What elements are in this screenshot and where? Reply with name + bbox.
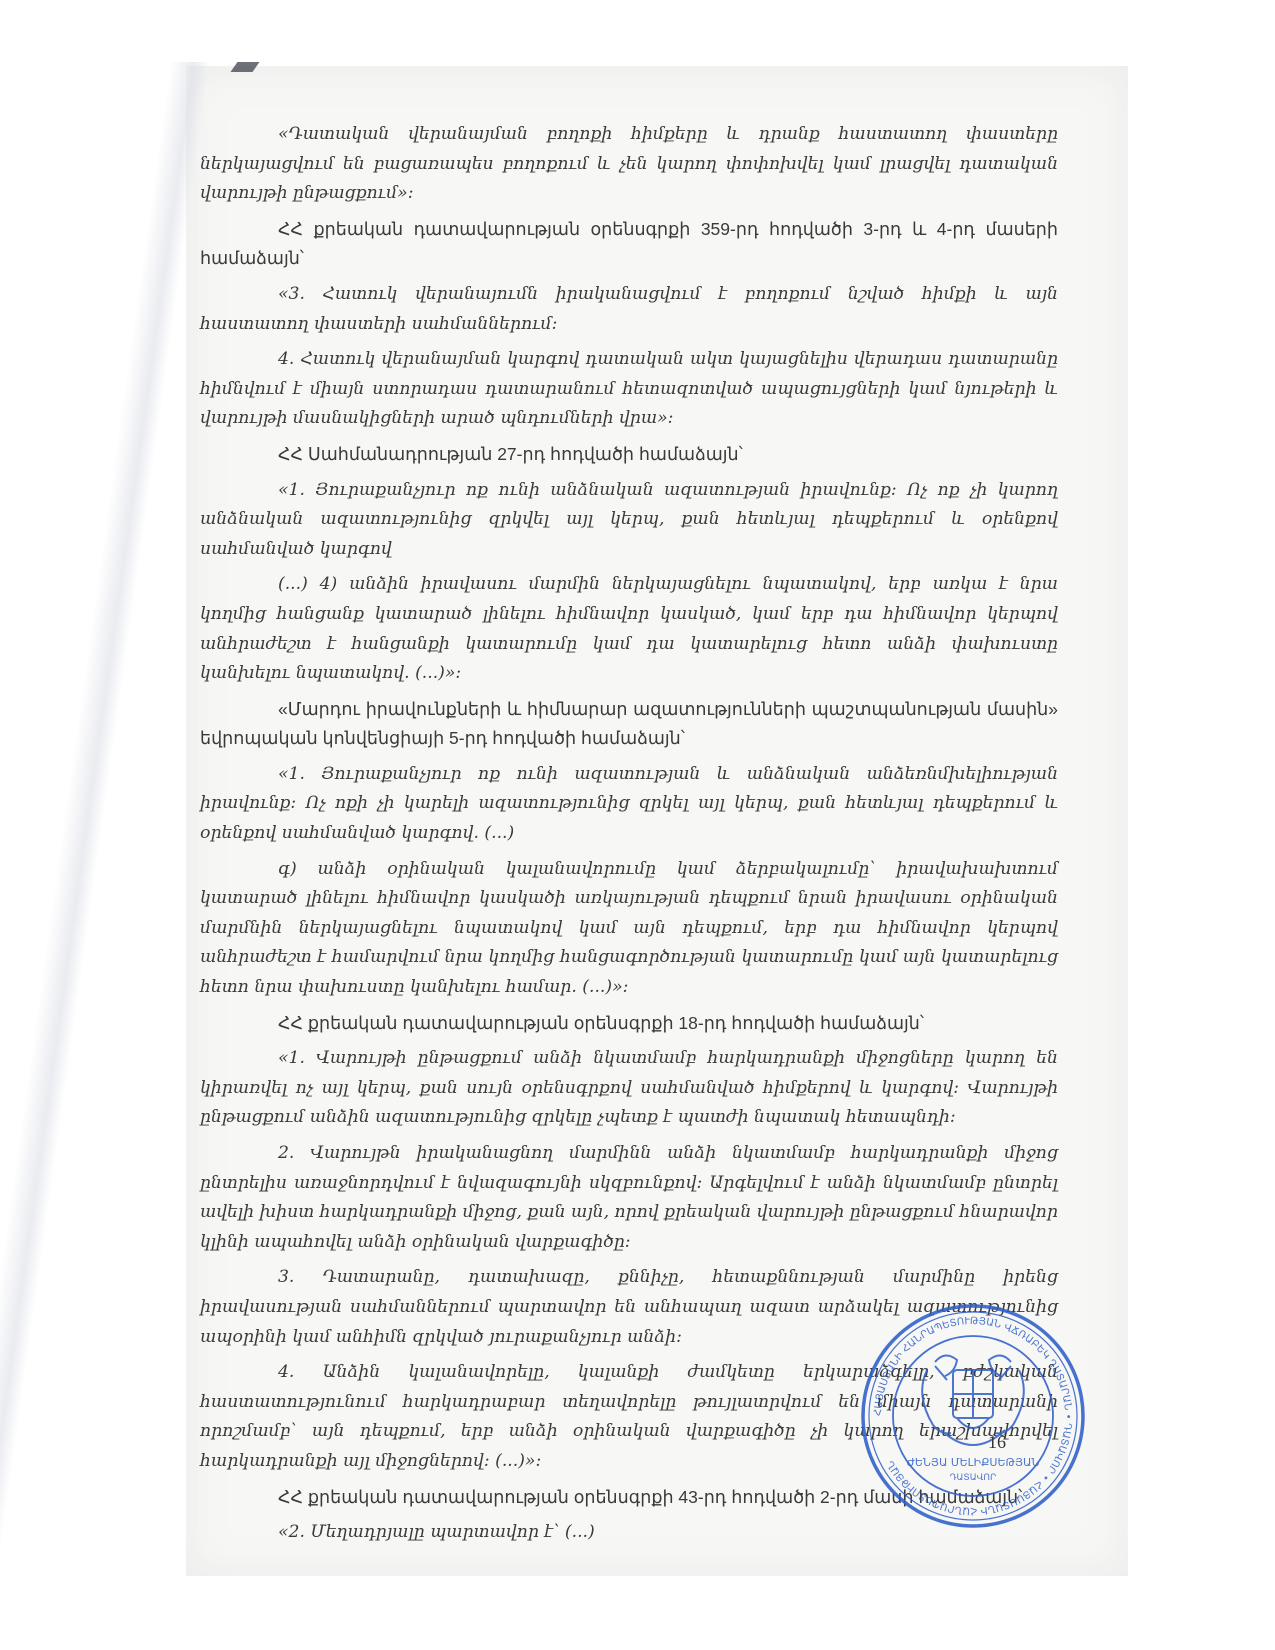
quoted-legal-text: (...) 4) անձին իրավասու մարմին ներկայացն… (200, 570, 1058, 688)
legal-reference-paragraph: ՀՀ Սահմանադրության 27-րդ հոդվածի համաձայ… (200, 440, 1058, 470)
page-fold-shadow (0, 62, 210, 1577)
page-number: 16 (988, 1432, 1006, 1453)
legal-reference-paragraph: «Մարդու իրավունքների և հիմնարար ազատությ… (200, 695, 1058, 754)
quoted-legal-text: գ) անձի օրինական կալանավորումը կամ ձերբա… (200, 855, 1058, 1003)
quoted-legal-text: «1. Յուրաքանչյուր ոք ունի անձնական ազատո… (200, 476, 1058, 565)
quoted-legal-text: «Դատական վերանայման բողոքի հիմքերը և դրա… (200, 120, 1058, 209)
official-stamp: ՀԱՅԱՍՏԱՆԻ ՀԱՆՐԱՊԵՏՈՒԹՅԱՆ ՎՃՌԱԲԵԿ ԴԱՏԱՐԱՆ… (857, 1300, 1089, 1532)
quoted-legal-text: «3. Հատուկ վերանայումն իրականացվում է բո… (200, 280, 1058, 339)
quoted-legal-text: 4. Հատուկ վերանայման կարգով դատական ակտ … (200, 345, 1058, 434)
quoted-legal-text: 2. Վարույթն իրականացնող մարմինն անձի նկա… (200, 1139, 1058, 1257)
legal-reference-paragraph: ՀՀ քրեական դատավարության օրենսգրքի 18-րդ… (200, 1009, 1058, 1039)
quoted-legal-text: «1. Վարույթի ընթացքում անձի նկատմամբ հար… (200, 1044, 1058, 1133)
svg-text:ԺԵՆՅԱ ՄԵԼԻՔՍԵԹՅԱՆ: ԺԵՆՅԱ ՄԵԼԻՔՍԵԹՅԱՆ (907, 1456, 1040, 1469)
svg-text:ԴԱՏԱՎՈՐ: ԴԱՏԱՎՈՐ (950, 1473, 997, 1483)
coat-of-arms-icon (922, 1355, 1024, 1445)
legal-reference-paragraph: ՀՀ քրեական դատավարության օրենսգրքի 359-ր… (200, 215, 1058, 274)
quoted-legal-text: «1. Յուրաքանչյուր ոք ունի ազատության և ա… (200, 760, 1058, 849)
